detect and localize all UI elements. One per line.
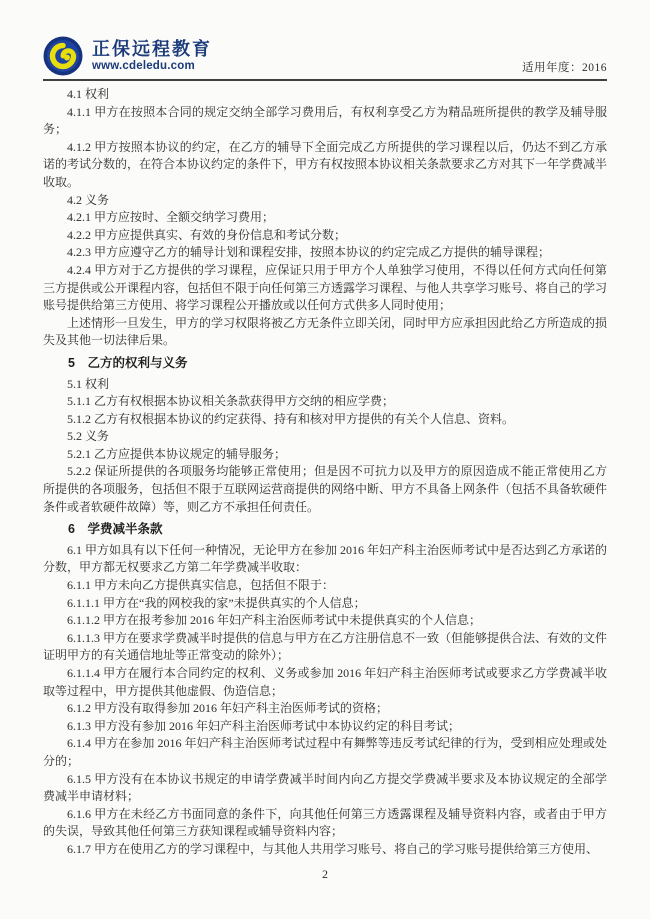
clause-paragraph: 6.1.4 甲方在参加 2016 年妇产科主治医师考试过程中有舞弊等违反考试纪律… xyxy=(43,735,607,770)
clause-paragraph: 5.1.1 乙方有权根据本协议相关条款获得甲方交纳的相应学费； xyxy=(43,393,607,411)
contract-body: 4.1 权利4.1.1 甲方在按照本合同的规定交纳全部学习费用后，有权利享受乙方… xyxy=(43,81,607,859)
applicable-year-label: 适用年度：2016 xyxy=(522,59,607,76)
clause-paragraph: 4.2.1 甲方应按时、全额交纳学习费用； xyxy=(43,209,607,227)
clause-paragraph: 5.1 权利 xyxy=(43,376,607,394)
section-heading: 6 学费减半条款 xyxy=(43,521,607,539)
clause-paragraph: 4.1.2 甲方按照本协议的约定，在乙方的辅导下全面完成乙方所提供的学习课程以后… xyxy=(43,139,607,192)
clause-paragraph: 4.2.3 甲方应遵守乙方的辅导计划和课程安排，按照本协议的约定完成乙方提供的辅… xyxy=(43,244,607,262)
clause-paragraph: 5.2.1 乙方应提供本协议规定的辅导服务； xyxy=(43,446,607,464)
clause-paragraph: 6.1.5 甲方没有在本协议书规定的申请学费减半时间内向乙方提交学费减半要求及本… xyxy=(43,771,607,806)
clause-paragraph: 4.2 义务 xyxy=(43,192,607,210)
clause-paragraph: 6.1.2 甲方没有取得参加 2016 年妇产科主治医师考试的资格； xyxy=(43,700,607,718)
clause-paragraph: 6.1.7 甲方在使用乙方的学习课程中，与其他人共用学习账号、将自己的学习账号提… xyxy=(43,841,607,859)
clause-paragraph: 5.2.2 保证所提供的各项服务均能够正常使用；但是因不可抗力以及甲方的原因造成… xyxy=(43,463,607,516)
clause-paragraph: 6.1.1.4 甲方在履行本合同约定的权利、义务或参加 2016 年妇产科主治医… xyxy=(43,665,607,700)
contract-page: 正保远程教育 www.cdeledu.com 适用年度：2016 4.1 权利4… xyxy=(0,0,650,919)
page-footer: 2 xyxy=(0,865,650,883)
section-heading: 5 乙方的权利与义务 xyxy=(43,355,607,373)
brand: 正保远程教育 www.cdeledu.com xyxy=(43,36,212,76)
brand-url: www.cdeledu.com xyxy=(92,60,212,73)
brand-text: 正保远程教育 www.cdeledu.com xyxy=(92,39,212,73)
clause-paragraph: 5.1.2 乙方有权根据本协议的约定获得、持有和核对甲方提供的有关个人信息、资料… xyxy=(43,411,607,429)
swirl-logo-icon xyxy=(43,36,83,76)
clause-paragraph: 6.1.1 甲方未向乙方提供真实信息，包括但不限于： xyxy=(43,577,607,595)
clause-paragraph: 4.1.1 甲方在按照本合同的规定交纳全部学习费用后，有权利享受乙方为精品班所提… xyxy=(43,104,607,139)
brand-name: 正保远程教育 xyxy=(92,39,212,60)
clause-paragraph: 4.1 权利 xyxy=(43,86,607,104)
clause-paragraph: 6.1.1.1 甲方在“我的网校我的家”未提供真实的个人信息； xyxy=(43,595,607,613)
clause-paragraph: 6.1.1.3 甲方在要求学费减半时提供的信息与甲方在乙方注册信息不一致（但能够… xyxy=(43,630,607,665)
clause-paragraph: 6.1 甲方如具有以下任何一种情况，无论甲方在参加 2016 年妇产科主治医师考… xyxy=(43,542,607,577)
letterhead: 正保远程教育 www.cdeledu.com 适用年度：2016 xyxy=(43,0,607,81)
clause-paragraph: 上述情形一旦发生，甲方的学习权限将被乙方无条件立即关闭，同时甲方应承担因此给乙方… xyxy=(43,315,607,350)
clause-paragraph: 5.2 义务 xyxy=(43,428,607,446)
clause-paragraph: 4.2.2 甲方应提供真实、有效的身份信息和考试分数； xyxy=(43,227,607,245)
clause-paragraph: 6.1.3 甲方没有参加 2016 年妇产科主治医师考试中本协议约定的科目考试； xyxy=(43,718,607,736)
clause-paragraph: 6.1.1.2 甲方在报考参加 2016 年妇产科主治医师考试中未提供真实的个人… xyxy=(43,612,607,630)
page-number: 2 xyxy=(322,867,328,881)
clause-paragraph: 4.2.4 甲方对于乙方提供的学习课程，应保证只用于甲方个人单独学习使用，不得以… xyxy=(43,262,607,315)
clause-paragraph: 6.1.6 甲方在未经乙方书面同意的条件下，向其他任何第三方透露课程及辅导资料内… xyxy=(43,806,607,841)
